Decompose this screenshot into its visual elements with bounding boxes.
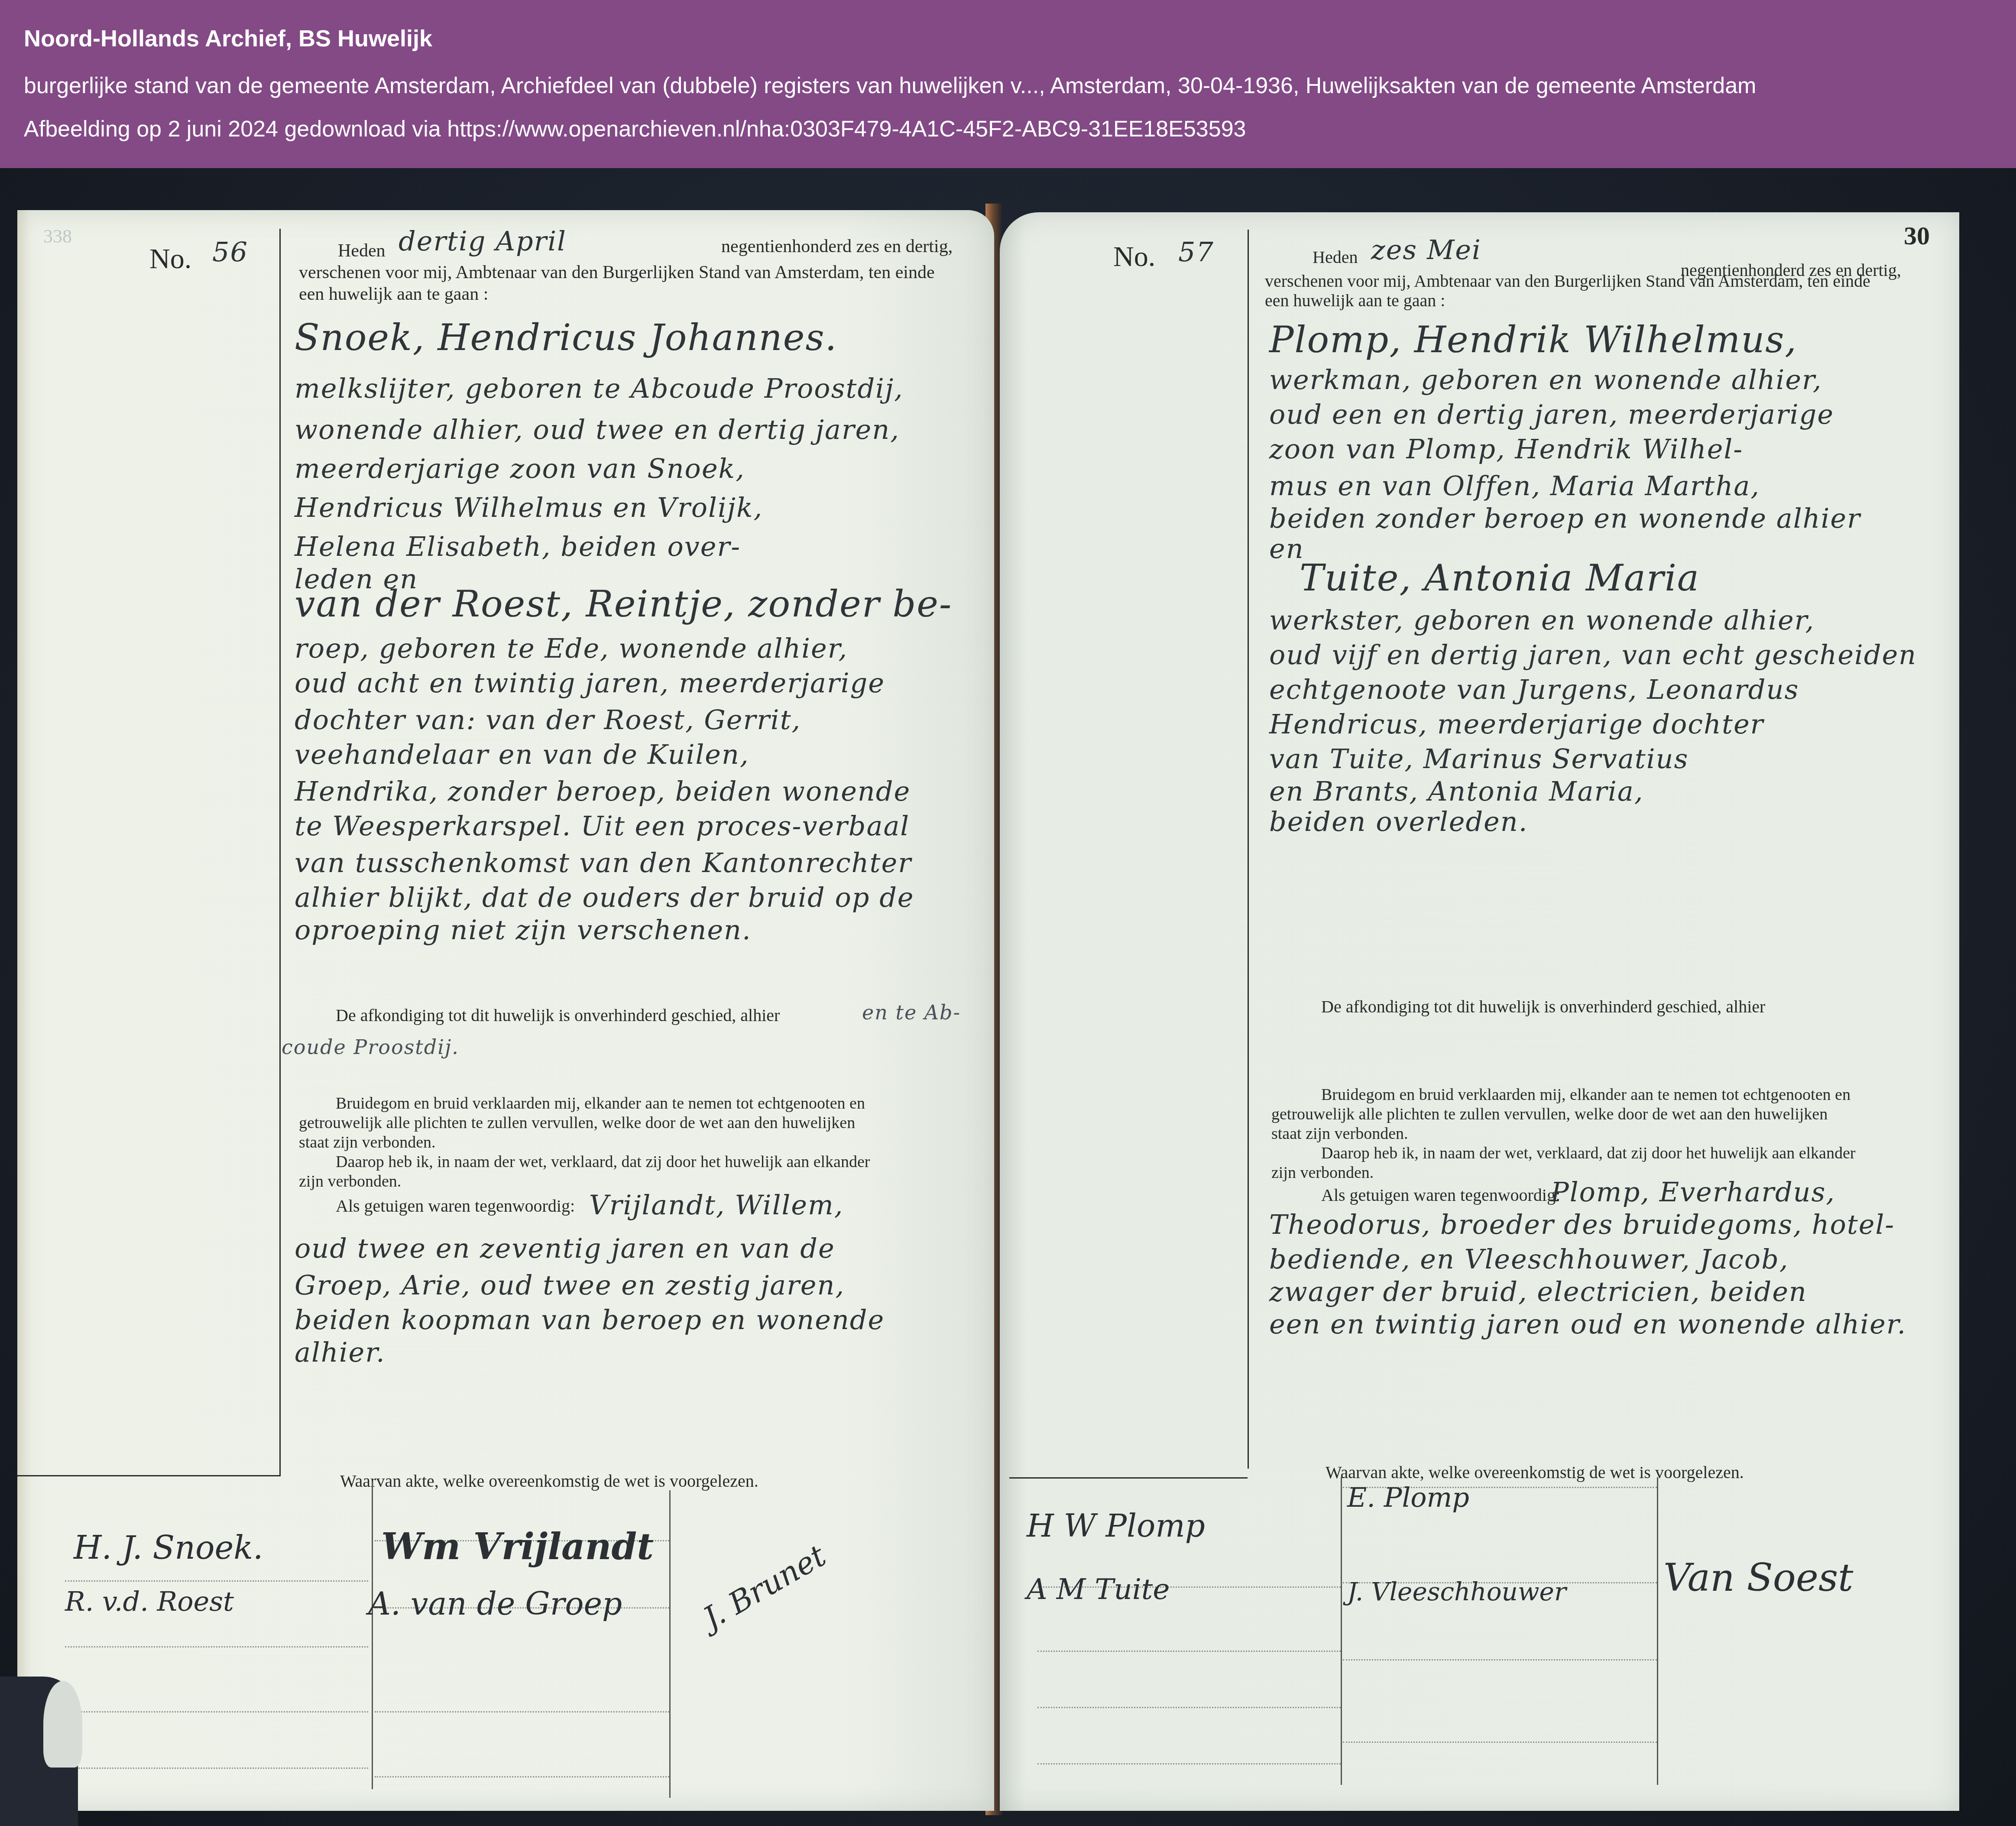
archive-header-banner: Noord-Hollands Archief, BS Huwelijk burg… (0, 0, 2016, 168)
right-signature-divider (1657, 1477, 1658, 1785)
right-declaration: Bruidegom en bruid verklaarden mij, elka… (1321, 1085, 1851, 1104)
page-corner-curl (43, 1681, 82, 1768)
left-corner-mark: 338 (43, 225, 72, 247)
right-witness-line: zwager der bruid, electricien, beiden (1269, 1276, 1807, 1307)
left-declaration: Bruidegom en bruid verklaarden mij, elka… (336, 1094, 865, 1113)
left-afkondiging-note: en te Ab- (862, 1001, 961, 1024)
archive-title: Noord-Hollands Archief, BS Huwelijk (24, 25, 432, 52)
left-body-line: veehandelaar en van de Kuilen, (295, 739, 749, 770)
left-intro-line: verschenen voor mij, Ambtenaar van den B… (299, 262, 935, 283)
left-marriage-date: dertig April (399, 225, 567, 257)
official-signature: Van Soest (1663, 1555, 1853, 1600)
right-signature-line (1343, 1659, 1657, 1661)
right-body-line: van Tuite, Marinus Servatius (1269, 743, 1689, 775)
right-margin-rule (1248, 230, 1249, 1469)
left-body-line: melkslijter, geboren te Abcoude Proostdi… (295, 373, 904, 404)
left-closing-text: Waarvan akte, welke overeenkomstig de we… (340, 1471, 758, 1491)
right-record-number: 57 (1178, 236, 1214, 268)
left-signature-line (375, 1776, 669, 1777)
left-record-number-label: No. (149, 243, 191, 276)
left-body-line: te Weesperkarspel. Uit een proces-verbaa… (295, 810, 910, 842)
left-body-line: Helena Elisabeth, beiden over- (295, 531, 741, 562)
right-intro-line-2: een huwelijk aan te gaan : (1265, 290, 1445, 311)
right-body-line: mus en van Olffen, Maria Martha, (1269, 470, 1760, 502)
witness2-signature: A. van de Groep (368, 1586, 622, 1622)
left-groom-name: Snoek, Hendricus Johannes. (295, 316, 837, 359)
groom-signature: H. J. Snoek. (74, 1529, 263, 1567)
right-groom-name: Plomp, Hendrik Wilhelmus, (1269, 318, 1797, 361)
bride-signature: R. v.d. Roest (65, 1586, 234, 1617)
right-record-number-label: No. (1113, 240, 1155, 273)
right-witness-line: een en twintig jaren oud en wonende alhi… (1269, 1308, 1906, 1340)
right-body-line: zoon van Plomp, Hendrik Wilhel- (1269, 433, 1743, 465)
right-witnesses-label: Als getuigen waren tegenwoordig: (1321, 1185, 1560, 1205)
right-body-line: en (1269, 533, 1304, 564)
left-witness-line: alhier. (295, 1336, 386, 1368)
left-body-line: Hendricus Wilhelmus en Vrolijk, (295, 492, 763, 523)
page-number: 30 (1904, 221, 1930, 251)
right-signature-line (1343, 1742, 1657, 1743)
left-year-text: negentienhonderd zes en dertig, (721, 236, 953, 257)
left-declaration: Daarop heb ik, in naam der wet, verklaar… (336, 1152, 870, 1171)
right-signature-line (1037, 1763, 1341, 1764)
groom-signature: H W Plomp (1027, 1508, 1205, 1544)
witness1-signature: E. Plomp (1347, 1482, 1469, 1513)
right-margin-bottom-rule (1009, 1477, 1248, 1479)
left-intro-line-2: een huwelijk aan te gaan : (299, 284, 488, 305)
left-signature-line (65, 1711, 368, 1712)
left-body-line: roep, geboren te Ede, wonende alhier, (295, 632, 848, 664)
download-source: Afbeelding op 2 juni 2024 gedownload via… (24, 116, 1246, 142)
right-body-line: oud een en dertig jaren, meerderjarige (1269, 399, 1834, 430)
right-body-line: werkster, geboren en wonende alhier, (1269, 604, 1815, 636)
left-witness-line: beiden koopman van beroep en wonende (295, 1304, 885, 1336)
left-signature-divider (372, 1482, 373, 1789)
left-signature-line (65, 1580, 368, 1582)
left-signature-line (375, 1711, 669, 1712)
witness2-signature: J. Vleeschhouwer (1347, 1577, 1566, 1606)
right-body-line: en Brants, Antonia Maria, (1269, 775, 1644, 807)
right-witness-line: Theodorus, broeder des bruidegoms, hotel… (1269, 1209, 1895, 1240)
left-record-number: 56 (212, 236, 248, 268)
left-body-line: oproeping niet zijn verschenen. (295, 914, 752, 946)
right-body-line: oud vijf en dertig jaren, van echt gesch… (1269, 639, 1917, 671)
right-heden-label: Heden (1313, 247, 1358, 267)
left-witnesses-label: Als getuigen waren tegenwoordig: (336, 1196, 575, 1216)
left-signature-line (65, 1768, 368, 1769)
right-witness-line: Plomp, Everhardus, (1551, 1176, 1835, 1208)
left-body-line: van tusschenkomst van den Kantonrechter (295, 847, 912, 879)
left-margin-bottom-rule (17, 1475, 279, 1476)
left-witness-line: Vrijlandt, Willem, (589, 1189, 844, 1221)
right-marriage-date: zes Mei (1371, 234, 1481, 266)
left-body-line: wonende alhier, oud twee en dertig jaren… (295, 414, 900, 445)
left-body-line: meerderjarige zoon van Snoek, (295, 453, 745, 484)
left-declaration: getrouwelijk alle plichten te zullen ver… (299, 1113, 855, 1132)
right-declaration: zijn verbonden. (1271, 1163, 1374, 1182)
right-body-line: werkman, geboren en wonende alhier, (1269, 364, 1822, 396)
right-intro-line: verschenen voor mij, Ambtenaar van den B… (1265, 271, 1870, 291)
left-witness-line: Groep, Arie, oud twee en zestig jaren, (295, 1269, 845, 1301)
right-body-line: beiden overleden. (1269, 806, 1528, 837)
right-body-line: Hendricus, meerderjarige dochter (1269, 708, 1764, 740)
left-heden-label: Heden (338, 240, 386, 261)
left-body-line: dochter van: van der Roest, Gerrit, (295, 704, 801, 736)
right-body-line: echtgenoote van Jurgens, Leonardus (1269, 674, 1799, 705)
left-signature-divider (669, 1490, 671, 1798)
bride-signature: A M Tuite (1027, 1573, 1170, 1606)
left-body-line: oud acht en twintig jaren, meerderjarige (295, 667, 885, 699)
left-signature-line (65, 1646, 368, 1648)
left-declaration: staat zijn verbonden. (299, 1133, 436, 1152)
left-witness-line: oud twee en zeventig jaren en van de (295, 1232, 835, 1264)
left-afkondiging-note-2: coude Proostdij. (282, 1035, 459, 1059)
right-closing-text: Waarvan akte, welke overeenkomstig de we… (1326, 1462, 1744, 1482)
right-signature-divider (1341, 1477, 1342, 1785)
right-afkondiging-label: De afkondiging tot dit huwelijk is onver… (1321, 996, 1765, 1017)
record-description: burgerlijke stand van de gemeente Amster… (24, 73, 1756, 99)
right-declaration: getrouwelijk alle plichten te zullen ver… (1271, 1105, 1828, 1124)
left-afkondiging-label: De afkondiging tot dit huwelijk is onver… (336, 1005, 780, 1025)
witness1-signature: Wm Vrijlandt (381, 1525, 654, 1568)
right-signature-line (1037, 1651, 1341, 1652)
right-body-line: beiden zonder beroep en wonende alhier (1269, 503, 1861, 534)
left-declaration: zijn verbonden. (299, 1172, 401, 1191)
right-declaration: Daarop heb ik, in naam der wet, verklaar… (1321, 1144, 1855, 1163)
right-bride-name: Tuite, Antonia Maria (1300, 557, 1700, 599)
left-bride-name: van der Roest, Reintje, zonder be- (295, 583, 952, 625)
right-witness-line: bediende, en Vleeschhouwer, Jacob, (1269, 1243, 1789, 1275)
left-margin-rule (279, 229, 281, 1476)
left-body-line: Hendrika, zonder beroep, beiden wonende (295, 775, 911, 807)
right-declaration: staat zijn verbonden. (1271, 1124, 1408, 1143)
left-body-line: alhier blijkt, dat de ouders der bruid o… (295, 882, 914, 913)
right-signature-line (1037, 1707, 1341, 1708)
